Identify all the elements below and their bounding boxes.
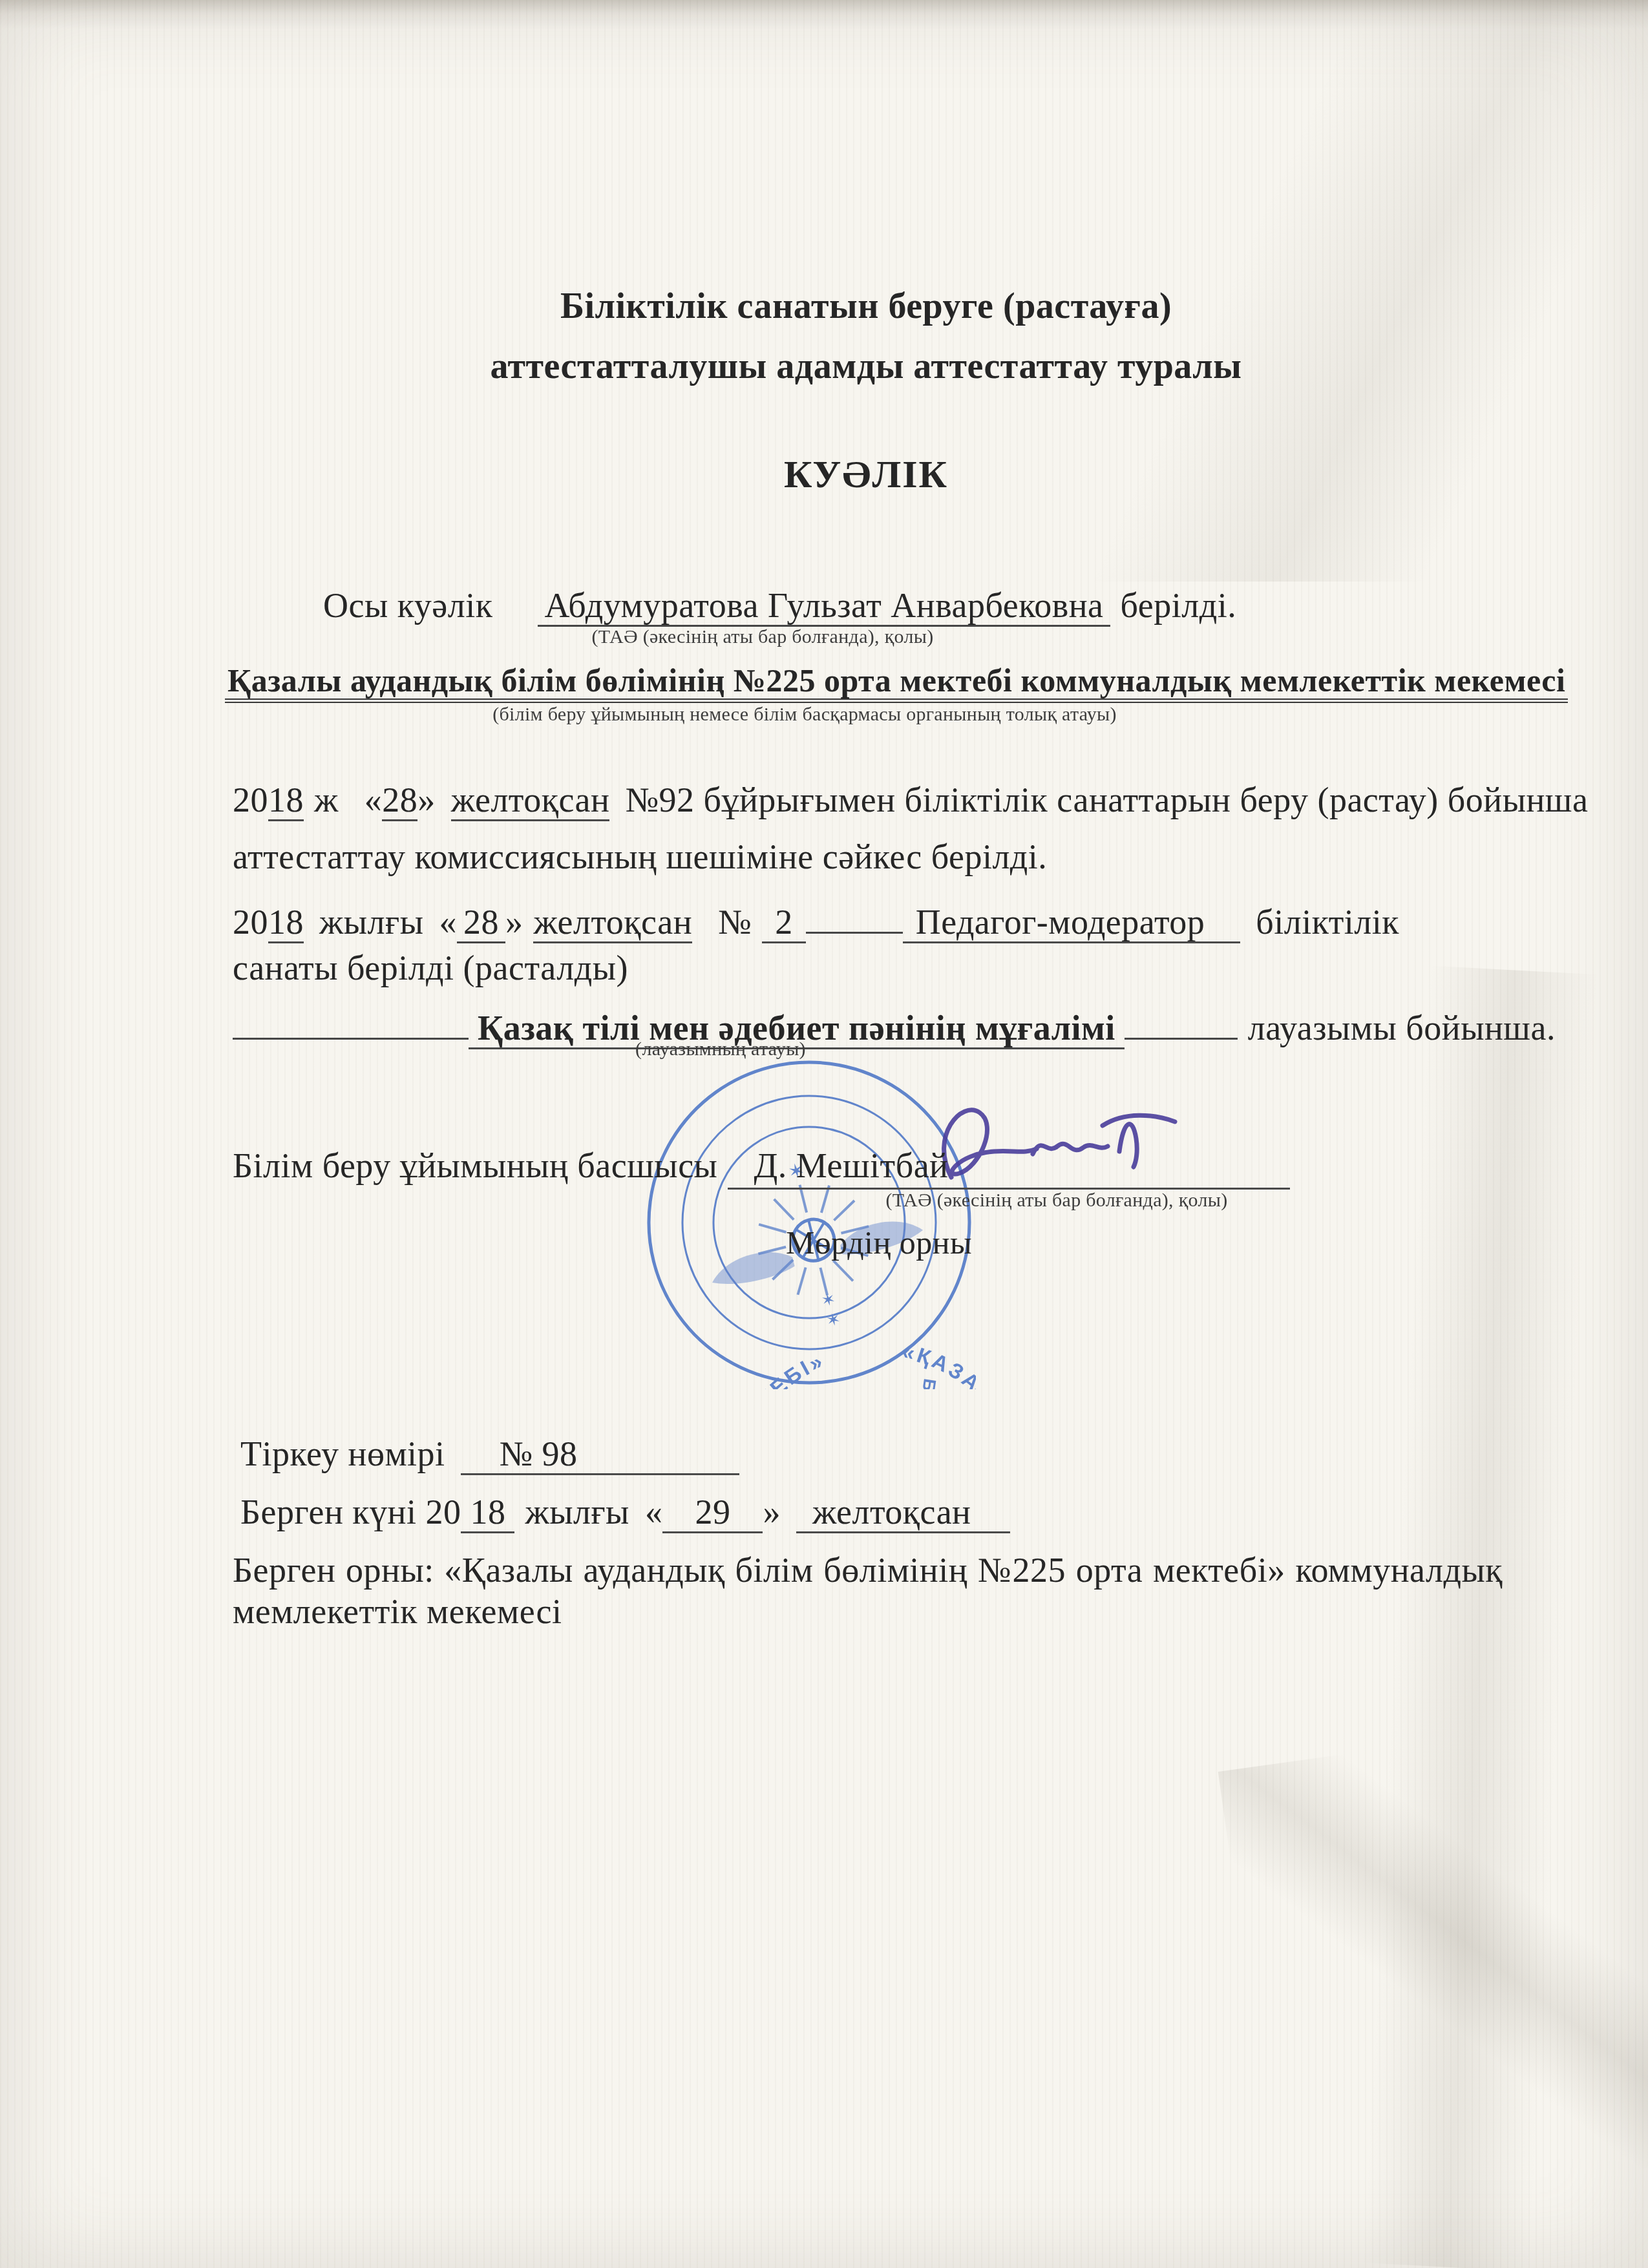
recipient-note: (ТАӘ (әкесінің аты бар болғанда), қолы) bbox=[517, 625, 1008, 649]
registration-label: Тіркеу нөмірі bbox=[240, 1434, 445, 1473]
order-year: 18 bbox=[268, 781, 304, 821]
award-zhylgy: жылғы bbox=[319, 903, 423, 941]
award-category: Педагог-модератор bbox=[903, 903, 1241, 943]
order-zh: ж bbox=[314, 781, 339, 819]
quote-close: » bbox=[417, 781, 436, 819]
order-year-prefix: 20 bbox=[233, 781, 268, 819]
order-rest: №92 бұйрығымен біліктілік санаттарын бер… bbox=[625, 781, 1588, 819]
order-month: желтоқсан bbox=[451, 781, 610, 821]
recipient-name: Абдумуратова Гульзат Анварбековна bbox=[538, 586, 1110, 627]
quote-open: « bbox=[645, 1493, 663, 1531]
position-note: (лауазымның атауы) bbox=[511, 1038, 931, 1062]
award-number-label: № bbox=[718, 903, 752, 941]
quote-open: « bbox=[439, 903, 457, 941]
issued-label: Берген күні 20 bbox=[240, 1493, 461, 1531]
award-trailer: біліктілік bbox=[1256, 903, 1399, 941]
blank-underline bbox=[1125, 1000, 1238, 1040]
document-heading: КУӘЛІК bbox=[233, 451, 1499, 498]
organization-name: Қазалы аудандық білім бөлімінің №225 орт… bbox=[225, 662, 1568, 703]
recipient-line: Осы куәлікАбдумуратова Гульзат Анварбеко… bbox=[323, 585, 1236, 627]
recipient-suffix: берілді. bbox=[1121, 586, 1237, 625]
issue-place-line-2: мемлекеттік мекемесі bbox=[233, 1591, 562, 1633]
registration-number: № 98 bbox=[461, 1434, 739, 1475]
order-line-2: аттестаттау комиссиясының шешіміне сәйке… bbox=[233, 836, 1047, 879]
issued-year: 18 bbox=[461, 1493, 514, 1533]
signatory-name: Д. Мешітбай bbox=[728, 1145, 1290, 1190]
blank-underline bbox=[806, 894, 903, 934]
blank-underline bbox=[233, 1000, 469, 1040]
award-month: желтоқсан bbox=[533, 903, 692, 943]
scanned-certificate-page: «ҚАЗАЛЫ АУДАНЫНЫҢ БІЛІМ БӨЛІМІНІҢ №225 О… bbox=[0, 0, 1648, 2268]
signatory-line: Білім беру ұйымының басшысыД. Мешітбай bbox=[233, 1145, 1290, 1190]
award-number: 2 bbox=[762, 903, 806, 943]
issued-month: желтоқсан bbox=[796, 1493, 1010, 1533]
title-line-1: Біліктілік санатын беруге (растауға) bbox=[233, 284, 1499, 328]
issue-place-line-1: Берген орны: «Қазалы аудандық білім бөлі… bbox=[233, 1549, 1503, 1592]
stamp-place-label: Мөрдің орны bbox=[776, 1223, 982, 1263]
award-year: 18 bbox=[268, 903, 304, 943]
position-suffix: лауазымы бойынша. bbox=[1248, 1009, 1556, 1047]
signatory-label: Білім беру ұйымының басшысы bbox=[233, 1146, 717, 1185]
quote-close: » bbox=[505, 903, 523, 941]
issue-date-line: Берген күні 2018жылғы«29»желтоқсан bbox=[240, 1491, 1010, 1534]
recipient-prefix: Осы куәлік bbox=[323, 586, 492, 625]
signatory-note: (ТАӘ (әкесінің аты бар болғанда), қолы) bbox=[847, 1189, 1267, 1213]
award-line-2: санаты берілді (расталды) bbox=[233, 947, 628, 990]
order-line-1: 2018ж«28»желтоқсан№92 бұйрығымен білікті… bbox=[233, 779, 1588, 822]
title-line-2: аттестатталушы адамды аттестаттау туралы bbox=[233, 344, 1499, 388]
issued-zhylgy: жылғы bbox=[525, 1493, 629, 1531]
award-line: 2018жылғы«28»желтоқсан№2Педагог-модерато… bbox=[233, 894, 1399, 944]
issued-day: 29 bbox=[662, 1493, 763, 1533]
award-day: 28 bbox=[457, 903, 505, 943]
quote-close: » bbox=[763, 1493, 781, 1531]
registration-line: Тіркеу нөмірі№ 98 bbox=[240, 1433, 739, 1476]
star-icon: ✶ bbox=[819, 1289, 838, 1310]
award-year-prefix: 20 bbox=[233, 903, 268, 941]
quote-open: « bbox=[364, 781, 383, 819]
organization-note: (білім беру ұйымының немесе білім басқар… bbox=[446, 703, 1163, 727]
order-day: 28 bbox=[382, 781, 417, 821]
